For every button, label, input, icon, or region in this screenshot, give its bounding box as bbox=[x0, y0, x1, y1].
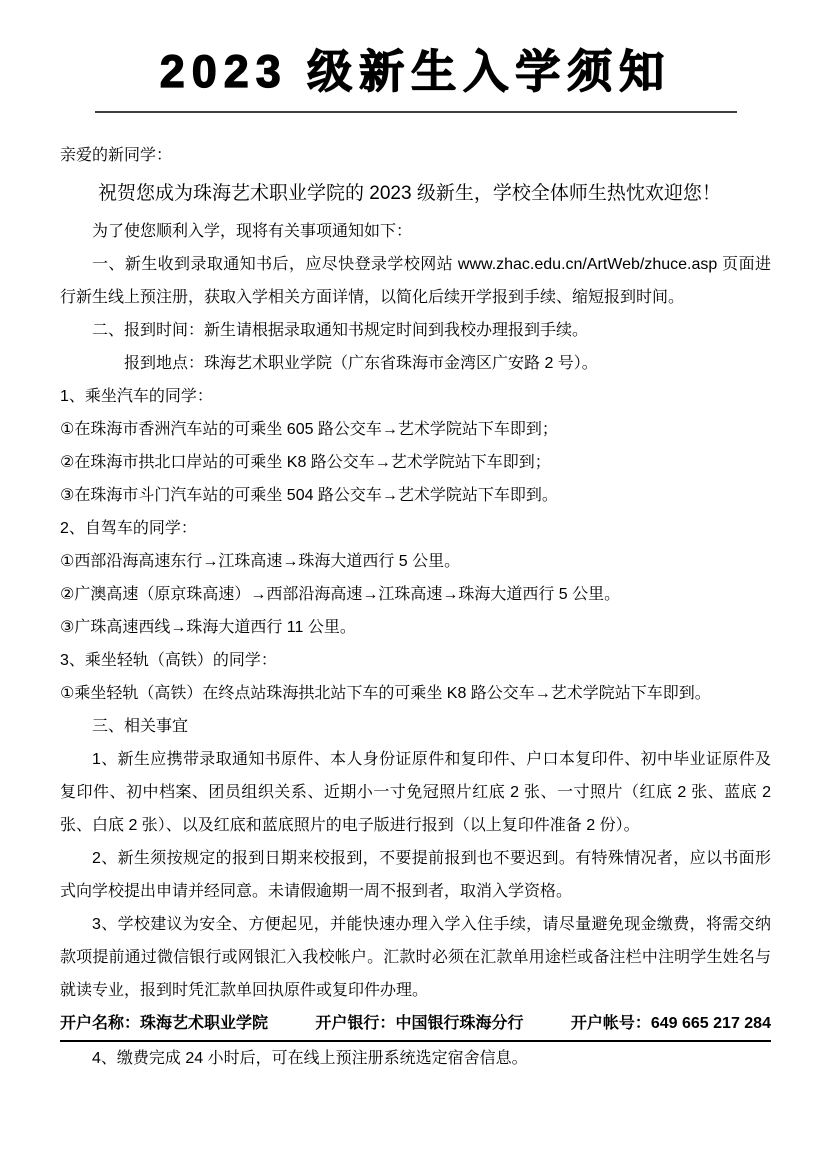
salutation: 亲爱的新同学： bbox=[60, 139, 771, 172]
related-item-4-dormitory: 4、缴费完成 24 小时后，可在线上预注册系统选定宿舍信息。 bbox=[60, 1042, 771, 1075]
drive-route-3: ③广珠高速西线→珠海大道西行 11 公里。 bbox=[60, 611, 771, 644]
bank-account-row: 开户名称：珠海艺术职业学院 开户银行：中国银行珠海分行 开户帐号：649 665… bbox=[60, 1009, 771, 1042]
bank-account-number-value: 649 665 217 284 bbox=[651, 1015, 771, 1032]
bank-account-bank: 开户银行：中国银行珠海分行 bbox=[315, 1009, 523, 1039]
intro-line: 为了使您顺利入学，现将有关事项通知如下： bbox=[60, 215, 771, 248]
bank-account-bank-label: 开户银行： bbox=[315, 1015, 395, 1032]
document-body: 亲爱的新同学： 祝贺您成为珠海艺术职业学院的 2023 级新生，学校全体师生热忱… bbox=[60, 139, 771, 1075]
bus-section-heading: 1、乘坐汽车的同学： bbox=[60, 380, 771, 413]
bus-route-2: ②在珠海市拱北口岸站的可乘坐 K8 路公交车→艺术学院站下车即到； bbox=[60, 446, 771, 479]
bank-account-number-label: 开户帐号： bbox=[571, 1015, 651, 1032]
bank-account-number: 开户帐号：649 665 217 284 bbox=[571, 1009, 771, 1039]
bank-account-name-value: 珠海艺术职业学院 bbox=[140, 1015, 268, 1032]
title-block: 2023 级新生入学须知 bbox=[95, 46, 737, 113]
related-item-1-documents: 1、新生应携带录取通知书原件、本人身份证原件和复印件、户口本复印件、初中毕业证原… bbox=[60, 743, 771, 842]
rail-section-heading: 3、乘坐轻轨（高铁）的同学： bbox=[60, 644, 771, 677]
page-title: 2023 级新生入学须知 bbox=[160, 46, 672, 98]
item-2-report-time: 二、报到时间：新生请根据录取通知书规定时间到我校办理报到手续。 bbox=[60, 314, 771, 347]
item-2-report-location: 报到地点：珠海艺术职业学院（广东省珠海市金湾区广安路 2 号）。 bbox=[60, 347, 771, 380]
item-3-heading: 三、相关事宜 bbox=[60, 710, 771, 743]
bus-route-1: ①在珠海市香洲汽车站的可乘坐 605 路公交车→艺术学院站下车即到； bbox=[60, 413, 771, 446]
document-page: 2023 级新生入学须知 亲爱的新同学： 祝贺您成为珠海艺术职业学院的 2023… bbox=[0, 0, 827, 1169]
rail-route-1: ①乘坐轻轨（高铁）在终点站珠海拱北站下车的可乘坐 K8 路公交车→艺术学院站下车… bbox=[60, 677, 771, 710]
bank-account-name-label: 开户名称： bbox=[60, 1015, 140, 1032]
item-1-online-registration: 一、新生收到录取通知书后，应尽快登录学校网站 www.zhac.edu.cn/A… bbox=[60, 248, 771, 314]
bus-route-3: ③在珠海市斗门汽车站的可乘坐 504 路公交车→艺术学院站下车即到。 bbox=[60, 479, 771, 512]
related-item-3-payment: 3、学校建议为安全、方便起见，并能快速办理入学入住手续，请尽量避免现金缴费，将需… bbox=[60, 908, 771, 1007]
drive-route-1: ①西部沿海高速东行→江珠高速→珠海大道西行 5 公里。 bbox=[60, 545, 771, 578]
drive-route-2: ②广澳高速（原京珠高速）→西部沿海高速→江珠高速→珠海大道西行 5 公里。 bbox=[60, 578, 771, 611]
drive-section-heading: 2、自驾车的同学： bbox=[60, 512, 771, 545]
congratulations-line: 祝贺您成为珠海艺术职业学院的 2023 级新生，学校全体师生热忱欢迎您！ bbox=[60, 172, 771, 215]
related-item-2-report-date: 2、新生须按规定的报到日期来校报到，不要提前报到也不要迟到。有特殊情况者，应以书… bbox=[60, 842, 771, 908]
bank-account-bank-value: 中国银行珠海分行 bbox=[395, 1015, 523, 1032]
bank-account-name: 开户名称：珠海艺术职业学院 bbox=[60, 1009, 268, 1039]
